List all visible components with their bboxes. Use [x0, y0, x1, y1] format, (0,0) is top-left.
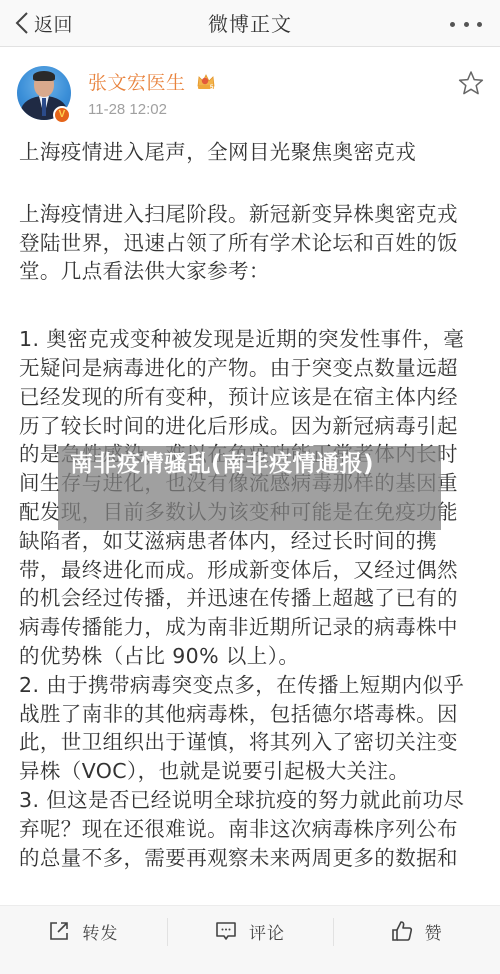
repost-label: 转发	[82, 919, 118, 944]
top-nav-bar: 返回 微博正文	[0, 0, 500, 47]
intro-line: 堂。几点看法供大家参考：	[19, 257, 485, 286]
body-line: 弃呢？现在还很难说。南非这次病毒株序列公布	[19, 815, 485, 844]
body-line: 的优势株（占比 90% 以上）。	[19, 642, 485, 671]
post-headline: 上海疫情进入尾声，全网目光聚焦奥密克戎	[19, 138, 485, 167]
level-crown-icon: 5	[196, 71, 216, 91]
repost-icon	[48, 920, 70, 942]
author-name[interactable]: 张文宏医生	[88, 68, 186, 95]
body-line: 病毒传播能力，成为南非近期所记录的病毒株中	[19, 613, 485, 642]
back-button[interactable]: 返回	[14, 8, 73, 38]
body-line: 无疑问是病毒进化的产物。由于突变点数量远超	[19, 354, 485, 383]
body-line: 的机会经过传播，并迅速在传播上超越了已有的	[19, 584, 485, 613]
repost-button[interactable]: 转发	[0, 906, 167, 956]
body-line: 历了较长时间的进化后形成。因为新冠病毒引起	[19, 412, 485, 441]
comment-label: 评论	[249, 919, 285, 944]
like-label: 赞	[425, 919, 443, 944]
body-line: 战胜了南非的其他病毒株，包括德尔塔毒株。因	[19, 700, 485, 729]
body-line: 的总量不多，需要再观察未来两周更多的数据和	[19, 844, 485, 873]
comment-button[interactable]: 评论	[167, 906, 334, 956]
post-timestamp: 11-28 12:02	[88, 101, 167, 118]
body-line: 异株（VOC），也就是说要引起极大关注。	[19, 757, 485, 786]
avatar-tie	[42, 98, 46, 116]
chevron-left-icon	[14, 11, 30, 35]
comment-icon	[215, 920, 237, 942]
avatar-hair	[33, 71, 55, 81]
more-button[interactable]	[446, 10, 486, 38]
bottom-action-bar: 转发 评论 赞	[0, 905, 500, 974]
more-dots-icon	[464, 22, 469, 27]
thumbs-up-icon	[391, 920, 413, 942]
body-line: 缺陷者，如艾滋病患者体内，经过长时间的携	[19, 527, 485, 556]
body-line: 2. 由于携带病毒突变点多，在传播上短期内似乎	[19, 671, 485, 700]
overlay-title-text: 南非疫情骚乱(南非疫情通报)	[70, 449, 420, 479]
body-line: 已经发现的所有变种，预计应该是在宿主体内经	[19, 383, 485, 412]
intro-line: 登陆世界，迅速占领了所有学术论坛和百姓的饭	[19, 229, 485, 258]
author-header: V 张文宏医生 5 11-28 12:02	[0, 48, 500, 134]
page-title: 微博正文	[0, 8, 500, 37]
verified-badge-icon: V	[53, 106, 71, 124]
body-line: 带，最终进化而成。形成新变体后，又经过偶然	[19, 556, 485, 585]
body-line: 此，世卫组织出于谨慎，将其列入了密切关注变	[19, 728, 485, 757]
star-outline-icon[interactable]	[458, 70, 484, 96]
body-line: 1. 奥密克戎变种被发现是近期的突发性事件，毫	[19, 325, 485, 354]
like-button[interactable]: 赞	[333, 906, 500, 956]
intro-line: 上海疫情进入扫尾阶段。新冠新变异株奥密克戎	[19, 200, 485, 229]
more-dots-icon	[450, 22, 455, 27]
body-line: 3. 但这是否已经说明全球抗疫的努力就此前功尽	[19, 786, 485, 815]
more-dots-icon	[477, 22, 482, 27]
back-label: 返回	[34, 10, 73, 37]
